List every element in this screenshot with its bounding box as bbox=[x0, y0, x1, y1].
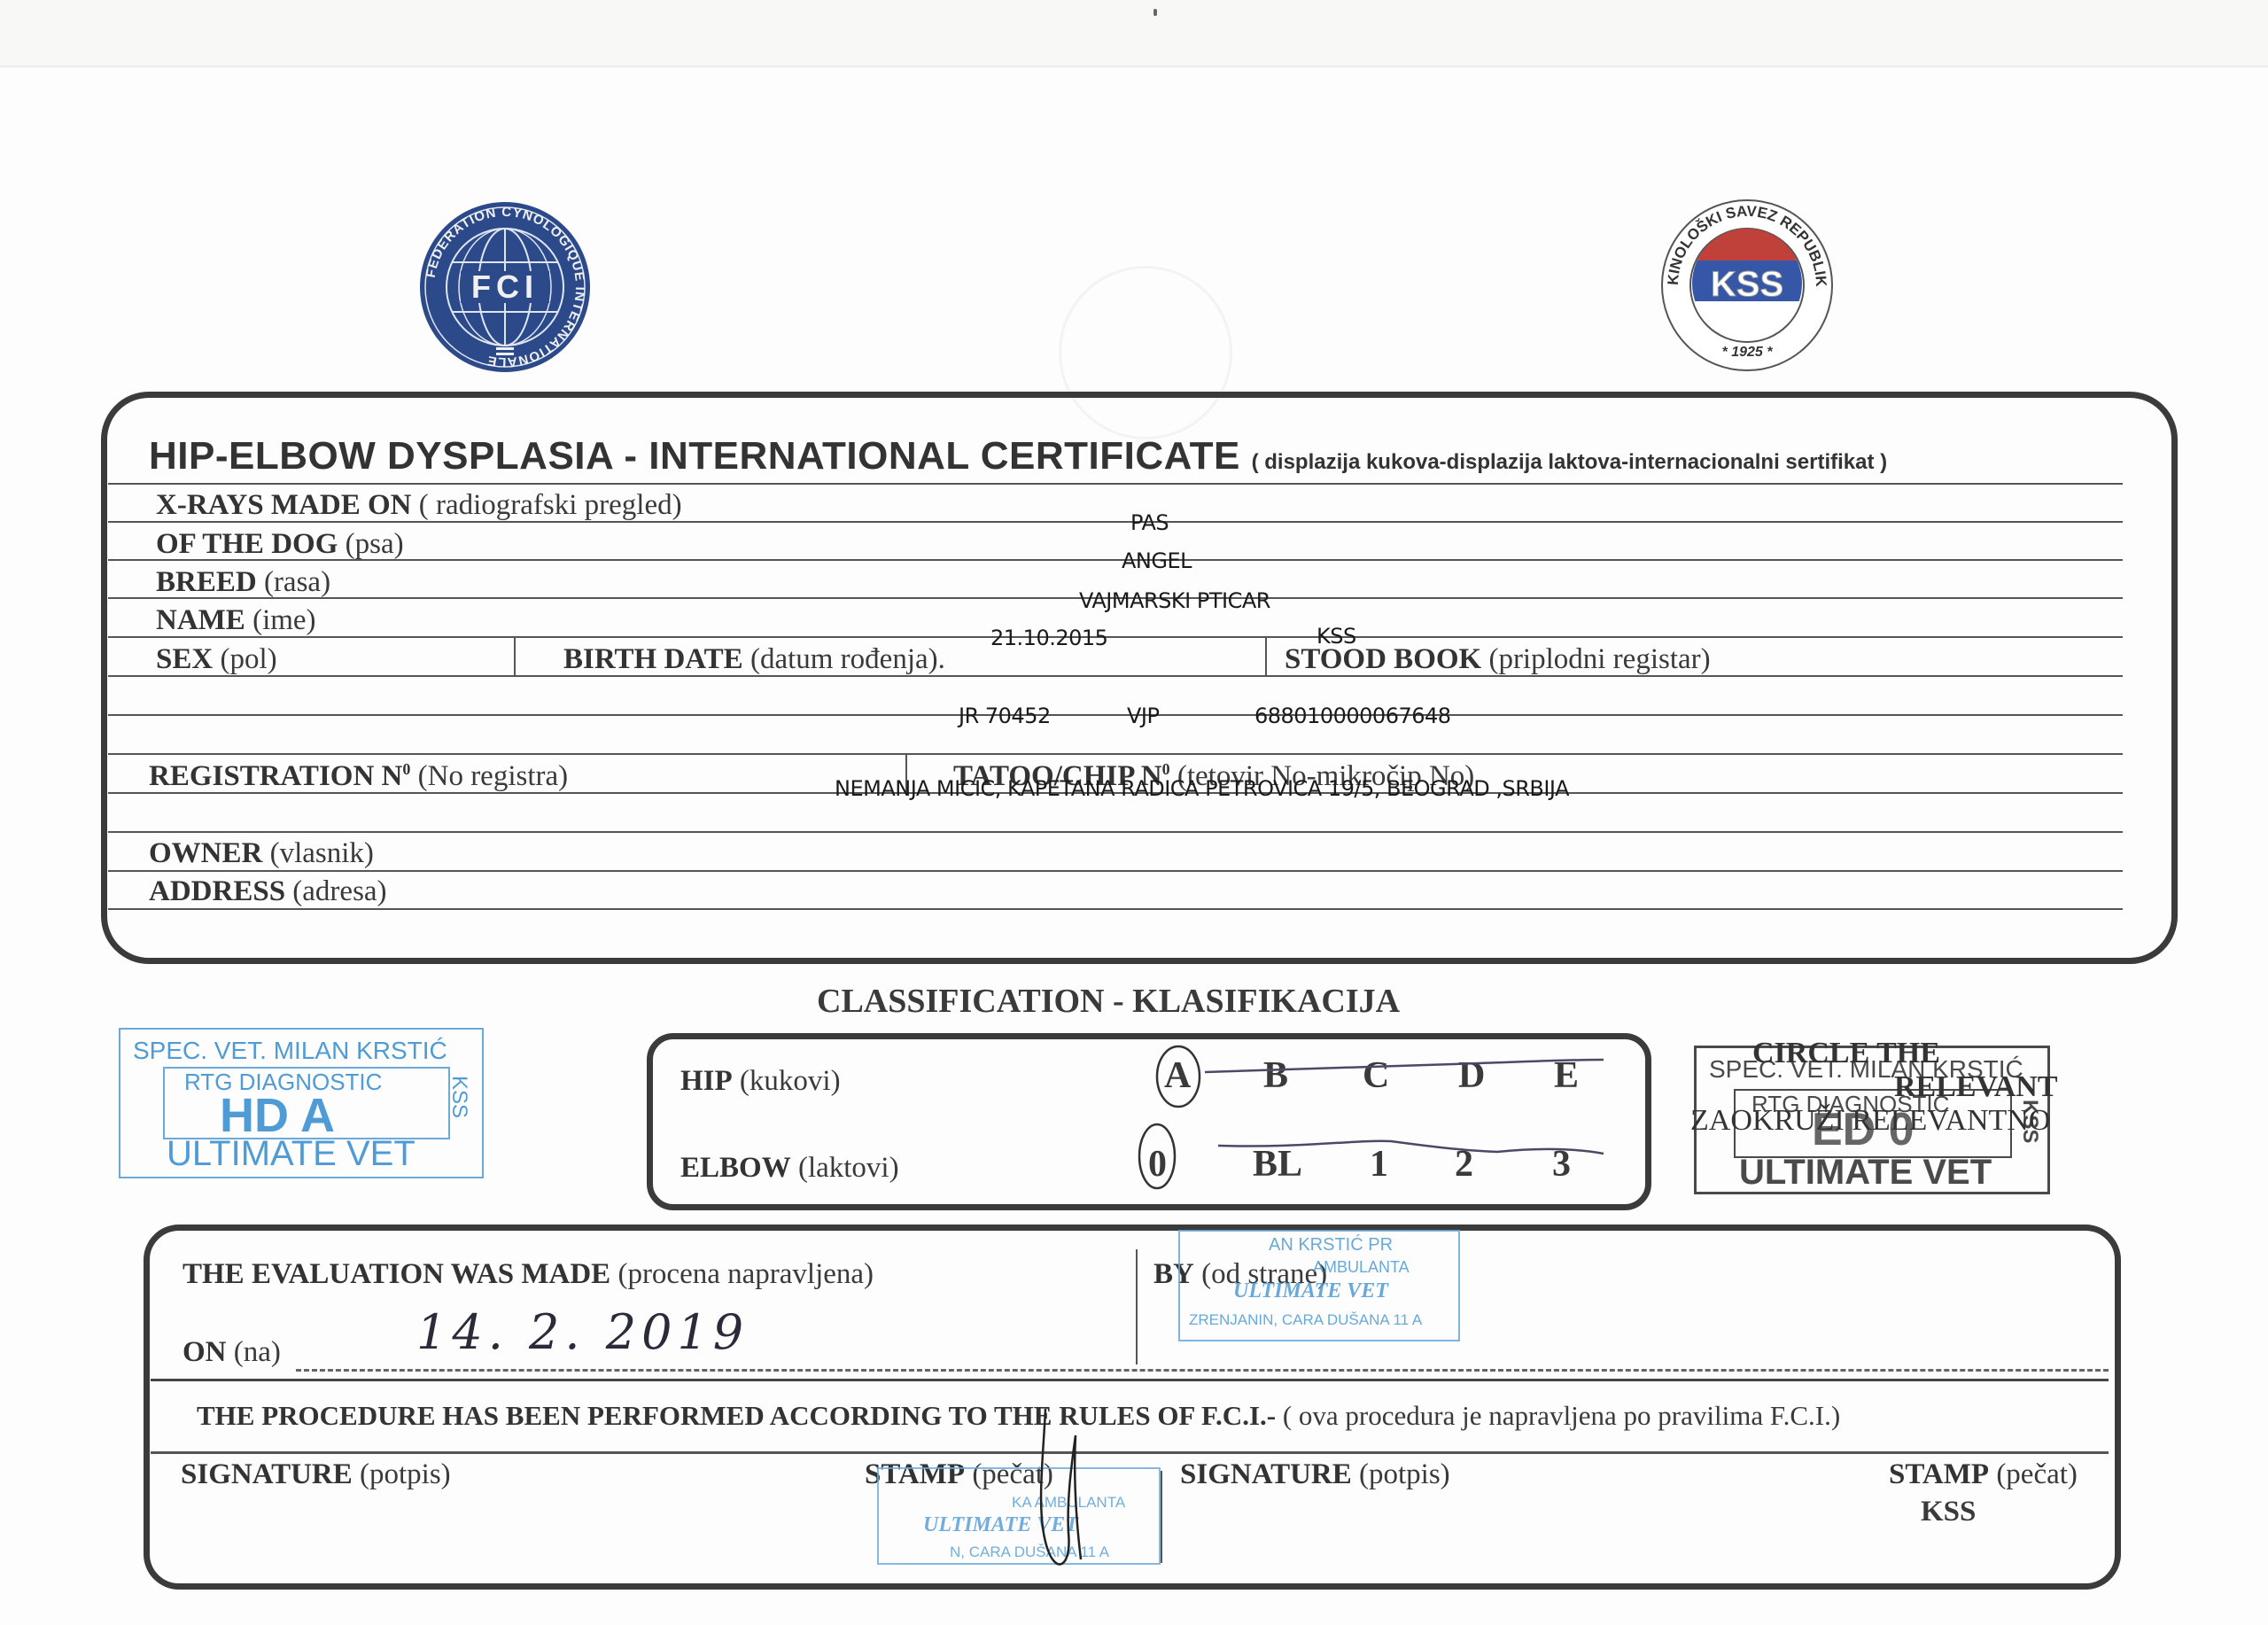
hip-label: HIP (kukovi) bbox=[680, 1065, 841, 1098]
instruction-circle-the: CIRCLE THE bbox=[1752, 1037, 1940, 1070]
chip-value: 688010000067648 bbox=[1254, 704, 1451, 728]
fci-logo: FCI FEDERATION CYNOLOGIQUE INTERNATIONAL… bbox=[416, 198, 594, 376]
instruction-relevant: RELEVANT bbox=[1894, 1070, 2058, 1104]
signature-label-1: SIGNATURE (potpis) bbox=[181, 1458, 451, 1491]
owner-value: NEMANJA MICIC, KAPETANA RADICA PETROVICA… bbox=[835, 776, 1569, 801]
sex-label: SEX (pol) bbox=[156, 643, 277, 676]
kss-logo: KSS KINOLOŠKI SAVEZ REPUBLIKE SRBIJE * 1… bbox=[1658, 197, 1836, 374]
classification-heading: CLASSIFICATION - KLASIFIKACIJA bbox=[817, 982, 1400, 1021]
evaluation-date-handwritten: 14. 2. 2019 bbox=[416, 1304, 749, 1360]
svg-text:* 1925 *: * 1925 * bbox=[1722, 345, 1774, 360]
dog-label: OF THE DOG (psa) bbox=[156, 528, 404, 561]
handwritten-signature bbox=[1019, 1382, 1090, 1595]
grade-strike-marks bbox=[1107, 1019, 1674, 1196]
sex-value: VJP bbox=[1127, 704, 1159, 728]
breed-value: ANGEL bbox=[1122, 548, 1192, 573]
svg-text:FCI: FCI bbox=[471, 268, 539, 305]
kss-stamp-value: KSS bbox=[1921, 1496, 1976, 1528]
address-label: ADDRESS (adresa) bbox=[149, 875, 387, 908]
name-value: VAJMARSKI PTICAR bbox=[1079, 588, 1270, 613]
instruction-zaokruzi: ZAOKRUŽI RELEVANTNO bbox=[1690, 1104, 2050, 1138]
birth-date-value: 21.10.2015 bbox=[990, 626, 1107, 650]
signature-label-2: SIGNATURE (potpis) bbox=[1180, 1458, 1450, 1491]
stamp-label-2: STAMP (pečat) bbox=[1889, 1458, 2078, 1491]
birth-date-label: BIRTH DATE (datum rođenja). bbox=[563, 643, 945, 676]
scan-top-strip bbox=[0, 0, 2268, 67]
svg-text:KSS: KSS bbox=[1711, 265, 1783, 304]
stood-book-value: KSS bbox=[1317, 624, 1356, 649]
breed-label: BREED (rasa) bbox=[156, 566, 330, 599]
name-label: NAME (ime) bbox=[156, 604, 316, 637]
hd-result-stamp: SPEC. VET. MILAN KRSTIĆ RTG DIAGNOSTIC H… bbox=[119, 1028, 484, 1178]
registration-value: JR 70452 bbox=[959, 704, 1051, 728]
elbow-label: ELBOW (laktovi) bbox=[680, 1152, 899, 1185]
registration-label: REGISTRATION N0 (No registra) bbox=[149, 760, 568, 793]
on-label: ON (na) bbox=[183, 1336, 281, 1369]
on-dotted-line bbox=[296, 1369, 2109, 1372]
evaluation-made-label: THE EVALUATION WAS MADE (procena napravl… bbox=[183, 1258, 874, 1291]
ultimate-vet-stamp: AN KRSTIĆ PR AMBULANTA ULTIMATE VET ZREN… bbox=[1178, 1230, 1460, 1341]
certificate-title: HIP-ELBOW DYSPLASIA - INTERNATIONAL CERT… bbox=[149, 434, 1887, 478]
scan-speck bbox=[1153, 9, 1157, 16]
owner-label: OWNER (vlasnik) bbox=[149, 837, 374, 870]
xrays-label: X-RAYS MADE ON ( radiografski pregled) bbox=[156, 489, 682, 522]
dog-value: PAS bbox=[1130, 510, 1169, 535]
